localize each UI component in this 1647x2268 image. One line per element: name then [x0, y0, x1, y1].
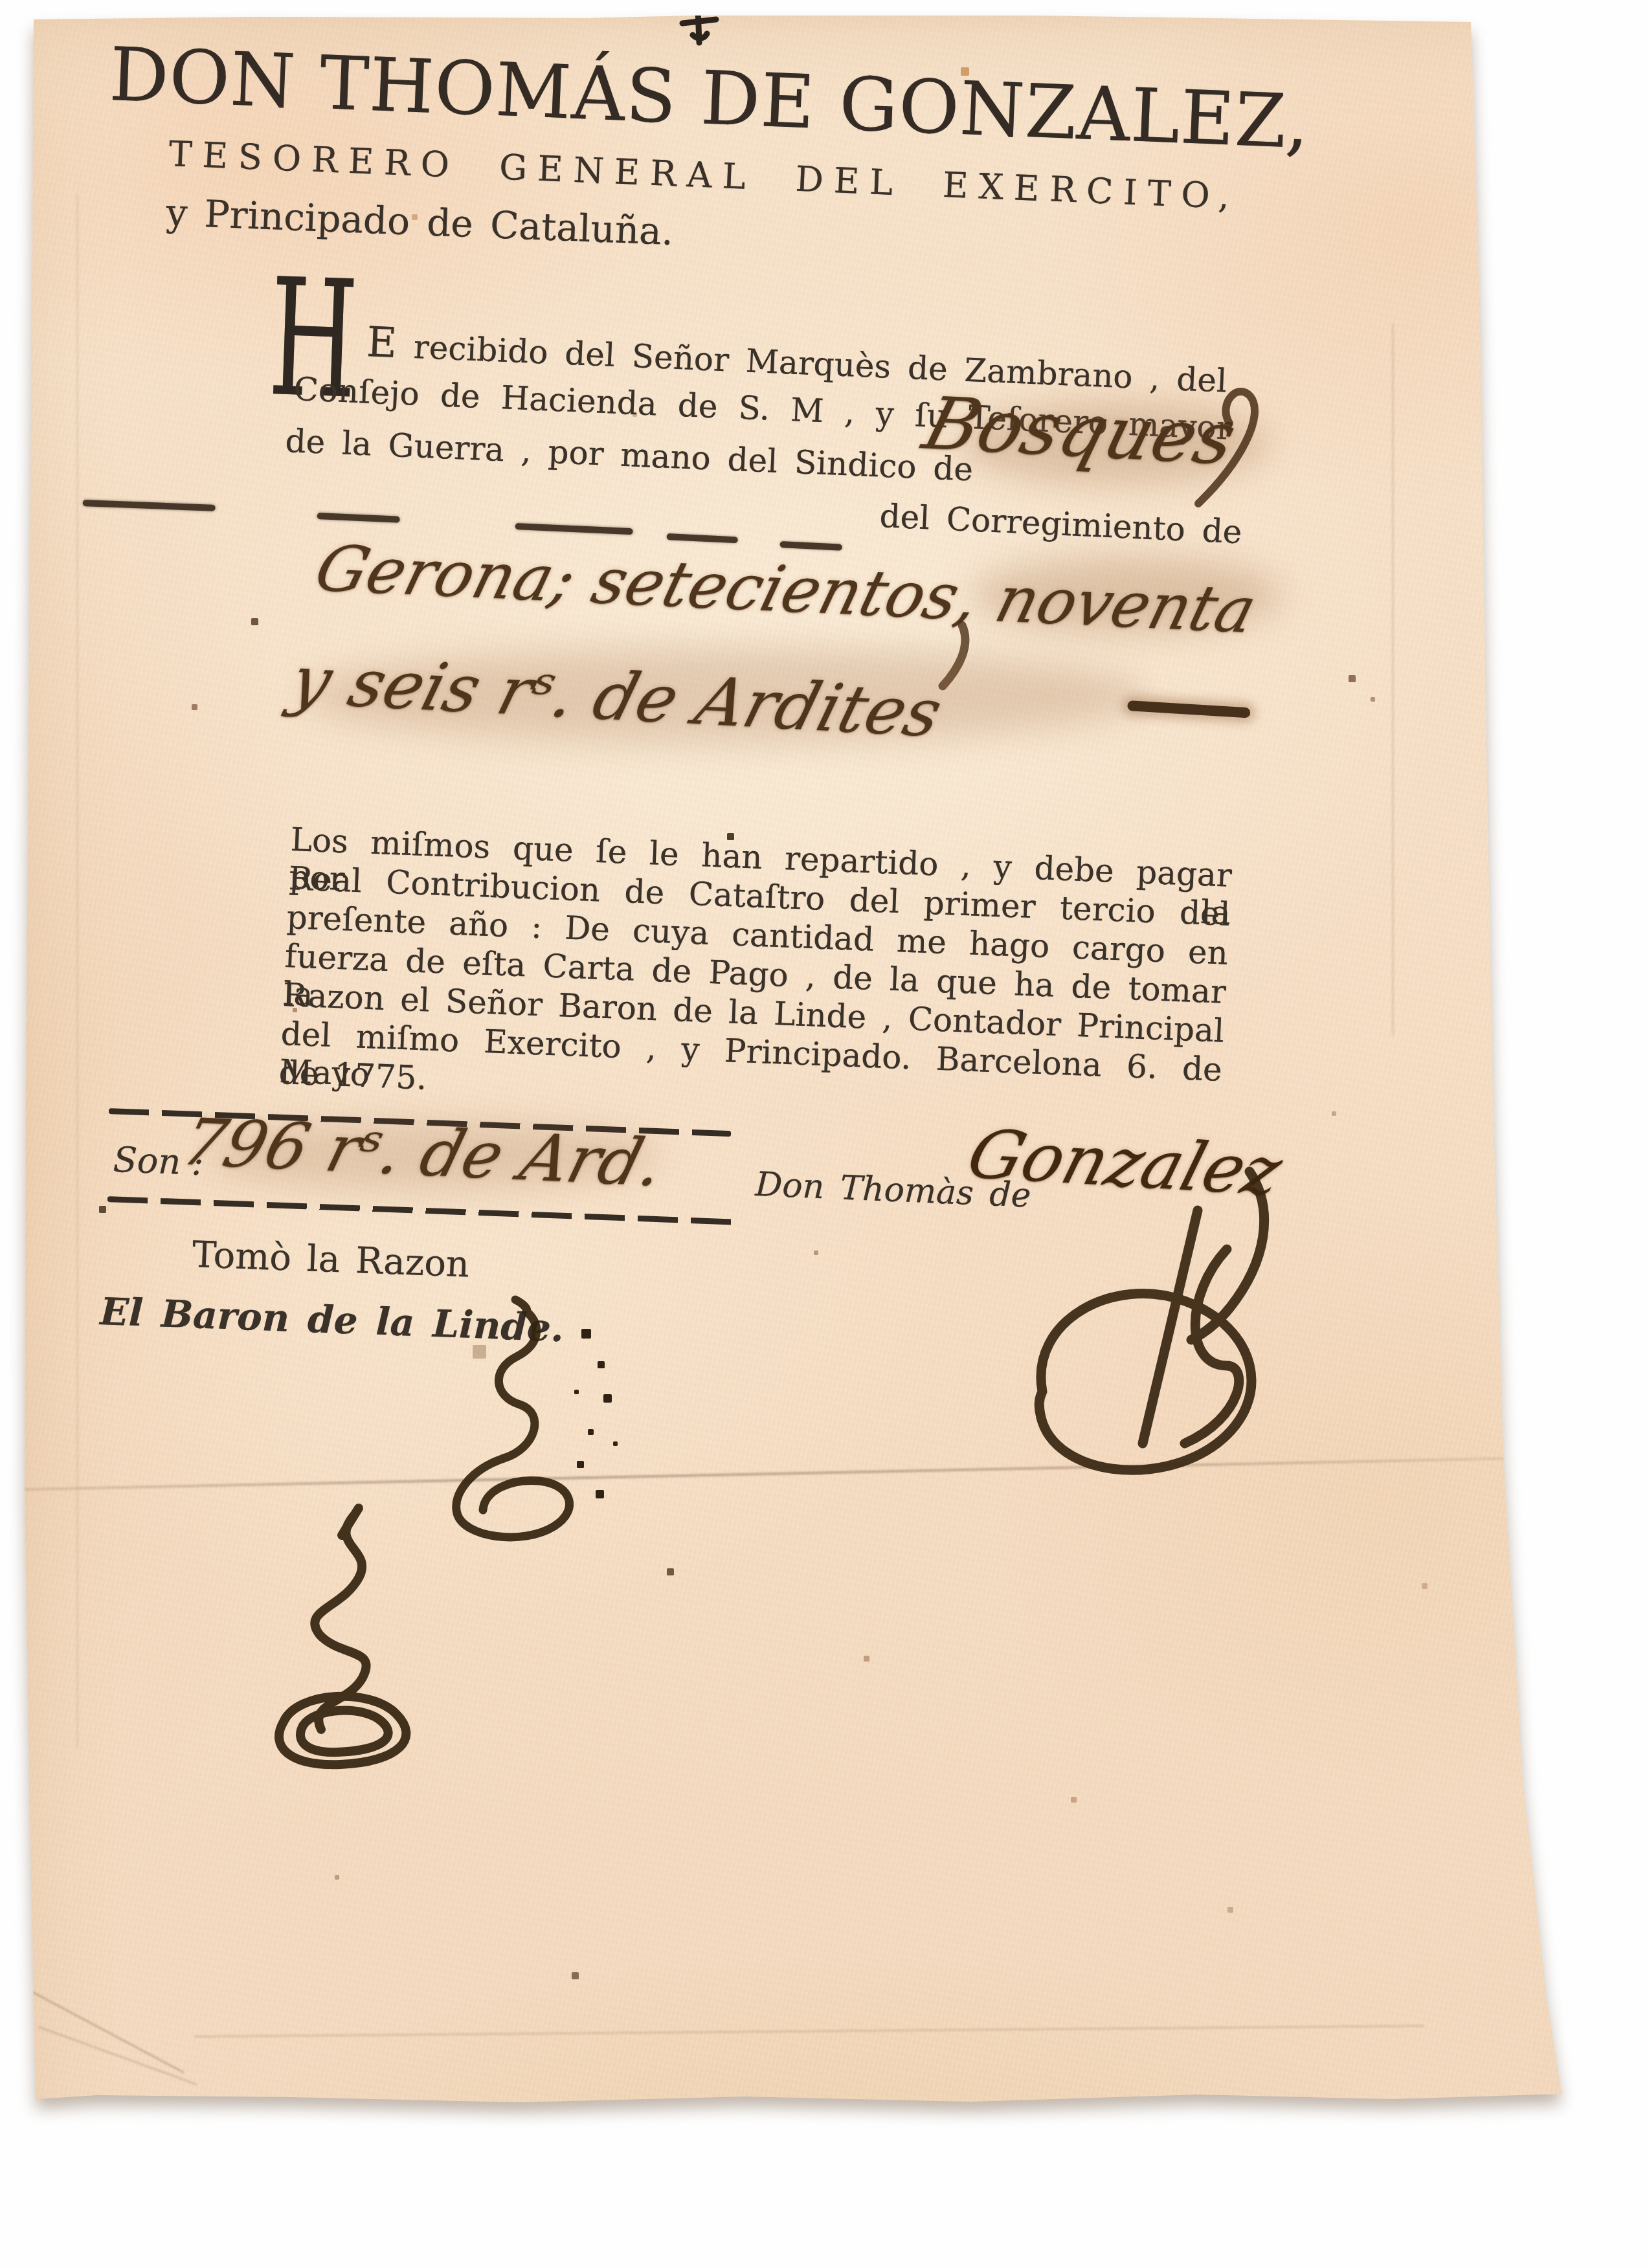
lower-paraph-rubric — [238, 1508, 432, 1767]
cross-ornament-icon — [673, 9, 725, 48]
baron-rubric — [407, 1300, 581, 1559]
paper-sheet: DON THOMÁS DE GONZALEZ, TESORERO GENERAL… — [0, 0, 1647, 2268]
foxing-spots — [0, 0, 1, 1]
document-scan: DON THOMÁS DE GONZALEZ, TESORERO GENERAL… — [0, 0, 1647, 2268]
lead-initial: E — [366, 318, 398, 368]
paragraph2-line7: de 1775. — [278, 1054, 428, 1097]
edge-crease-right — [1392, 324, 1394, 1036]
ink-dots — [0, 0, 1, 1]
edge-crease-left — [76, 194, 78, 1748]
sindico-flourish — [1194, 387, 1279, 510]
gonzalez-rubric — [971, 1172, 1308, 1476]
